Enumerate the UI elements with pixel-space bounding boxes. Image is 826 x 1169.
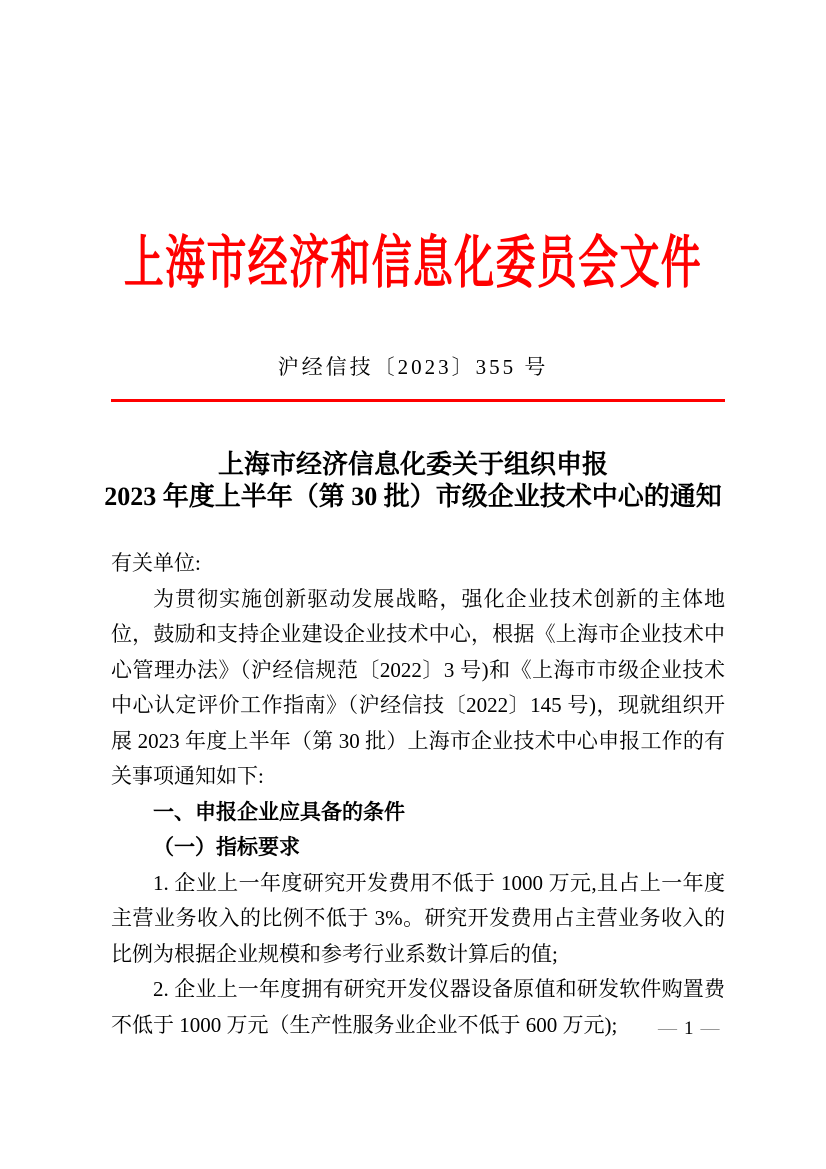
document-body: 有关单位: 为贯彻实施创新驱动发展战略，强化企业技术创新的主体地位，鼓励和支持企…	[111, 546, 725, 1043]
notice-title-line2: 2023 年度上半年（第 30 批）市级企业技术中心的通知	[57, 481, 769, 513]
page-number-dash-left: —	[652, 1018, 684, 1039]
red-divider-line	[111, 399, 725, 402]
section1-sub1-heading: （一）指标要求	[111, 830, 725, 866]
agency-masthead: 上海市经济和信息化委员会文件	[0, 228, 826, 300]
condition-item-1: 1. 企业上一年度研究开发费用不低于 1000 万元,且占上一年度主营业务收入的…	[111, 866, 725, 973]
page-number: —1—	[652, 1018, 727, 1040]
notice-title: 上海市经济信息化委关于组织申报 2023 年度上半年（第 30 批）市级企业技术…	[57, 449, 769, 513]
notice-title-line1: 上海市经济信息化委关于组织申报	[57, 449, 769, 481]
page-footer: —1—	[0, 1018, 826, 1048]
salutation: 有关单位:	[111, 546, 725, 582]
agency-masthead-title: 上海市经济和信息化委员会文件	[124, 228, 702, 300]
section1-heading: 一、申报企业应具备的条件	[111, 795, 725, 831]
page-number-dash-right: —	[695, 1018, 727, 1039]
intro-paragraph: 为贯彻实施创新驱动发展战略，强化企业技术创新的主体地位，鼓励和支持企业建设企业技…	[111, 582, 725, 795]
document-number: 沪经信技〔2023〕355 号	[0, 353, 826, 381]
document-page: 上海市经济和信息化委员会文件 沪经信技〔2023〕355 号 上海市经济信息化委…	[0, 0, 826, 1169]
page-number-value: 1	[684, 1018, 695, 1039]
